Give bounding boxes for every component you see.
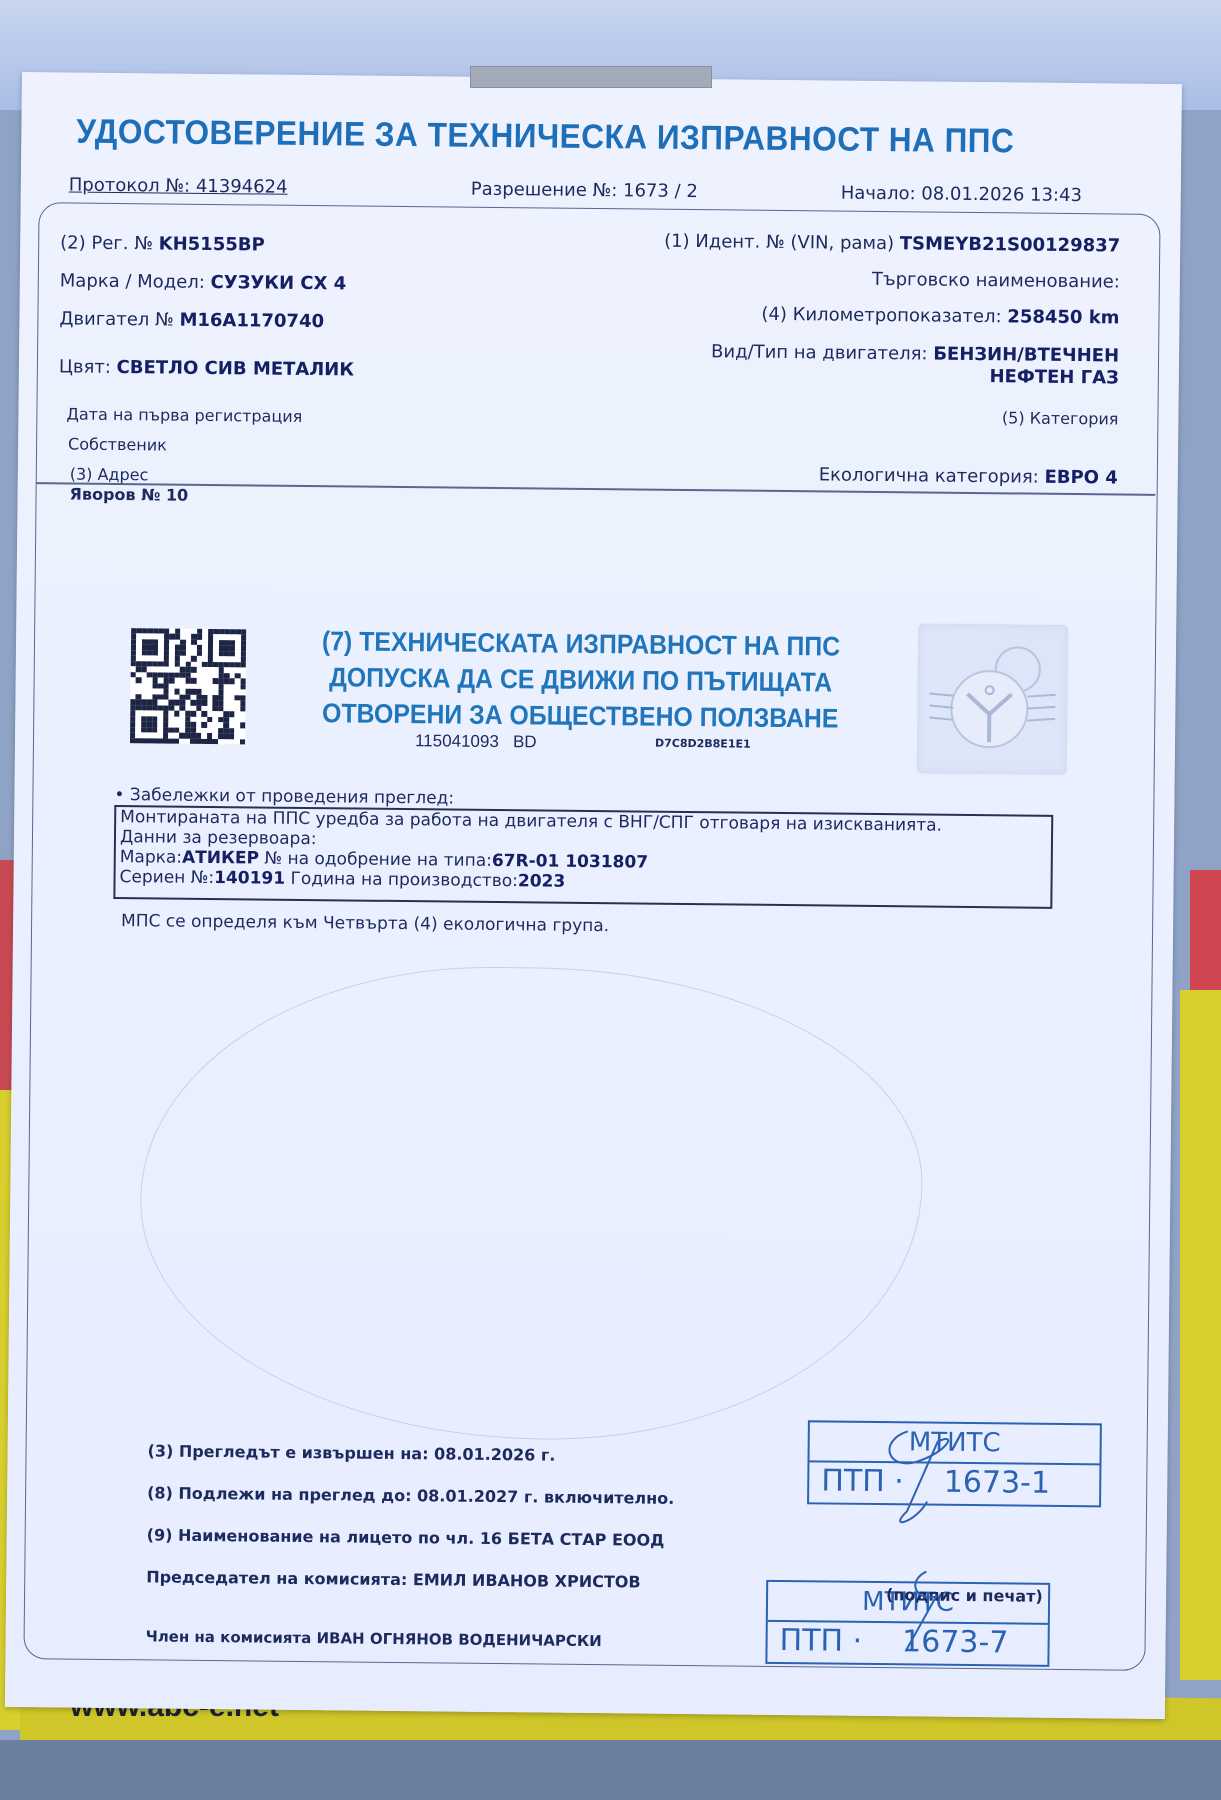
engine-type-label: Вид/Тип на двигателя:: [711, 341, 933, 364]
first-registration-field: Дата на първа регистрация: [66, 404, 302, 425]
engine-number-label: Двигател №: [59, 308, 179, 330]
signature-icon: [865, 1401, 988, 1662]
roadworthiness-statement: (7) ТЕХНИЧЕСКАТА ИЗПРАВНОСТ НА ППС ДОПУС…: [281, 623, 880, 737]
engine-number-field: Двигател № M16A1170740: [59, 308, 324, 332]
tank-serial-label: Сериен №:: [119, 867, 214, 888]
address-label: (3) Адрес: [70, 465, 149, 485]
reg-number-value: KH5155BP: [159, 233, 265, 255]
background-floor: [0, 1740, 1221, 1800]
background-board-yellow-right: [1180, 990, 1221, 1680]
certificate-hash: D7C8D2B8E1E1: [655, 737, 751, 751]
engine-type-value: БЕНЗИН/ВТЕЧНЕН: [933, 344, 1119, 367]
owner-field: Собственик: [68, 435, 167, 455]
address-value: Яворов № 10: [69, 485, 188, 505]
start-datetime: Начало: 08.01.2026 13:43: [841, 183, 1082, 207]
color-value: СВЕТЛО СИВ МЕТАЛИК: [116, 357, 354, 380]
statement-line-3: ОТВОРЕНИ ЗА ОБЩЕСТВЕНО ПОЛЗВАНЕ: [281, 695, 879, 737]
statement-line-2: ДОПУСКА ДА СЕ ДВИЖИ ПО ПЪТИЩАТА: [281, 659, 879, 701]
eco-category-value: ЕВРО 4: [1044, 467, 1118, 489]
make-model-value: СУЗУКИ СХ 4: [210, 272, 346, 294]
engine-number-value: M16A1170740: [179, 310, 324, 333]
make-model-field: Марка / Модел: СУЗУКИ СХ 4: [60, 270, 347, 294]
eco-category-field: Екологична категория: ЕВРО 4: [819, 464, 1118, 488]
stamp-2-prefix: ПТП ·: [779, 1623, 862, 1659]
tank-year-label: Година на производство:: [285, 869, 518, 891]
tank-brand-value: АТИКЕР: [182, 848, 259, 869]
background-board-red-right: [1190, 870, 1221, 990]
statement-line-1: (7) ТЕХНИЧЕСКАТА ИЗПРАВНОСТ НА ППС: [282, 623, 880, 665]
color-field: Цвят: СВЕТЛО СИВ МЕТАЛИК: [59, 356, 354, 380]
tape-strip: [470, 66, 712, 88]
trade-name-field: Търговско наименование:: [872, 269, 1120, 293]
document-title: УДОСТОВЕРЕНИЕ ЗА ТЕХНИЧЕСКА ИЗПРАВНОСТ Н…: [76, 113, 1014, 162]
tank-year-value: 2023: [518, 871, 566, 891]
vin-label: (1) Идент. № (VIN, рама): [664, 231, 900, 254]
color-label: Цвят:: [59, 356, 117, 378]
odometer-label: (4) Километропоказател:: [761, 304, 1007, 328]
engine-type-field: Вид/Тип на двигателя: БЕНЗИН/ВТЕЧНЕН: [711, 341, 1119, 366]
odometer-value: 258450 km: [1007, 306, 1119, 328]
category-field: (5) Категория: [1002, 408, 1119, 428]
protocol-number: Протокол №: 41394624: [69, 174, 288, 197]
tank-serial-value: 140191: [214, 868, 285, 889]
engine-type-value-line2: НЕФТЕН ГАЗ: [989, 366, 1119, 388]
tank-brand-label: Марка:: [120, 847, 183, 868]
remarks-box: Монтираната на ППС уредба за работа на д…: [113, 805, 1053, 909]
permit-number: Разрешение №: 1673 / 2: [471, 179, 698, 202]
qr-code: [130, 628, 246, 744]
certificate-serial: 115041093 BD: [415, 731, 537, 752]
vin-value: TSMEYB21S00129837: [900, 233, 1121, 256]
eco-category-label: Екологична категория:: [819, 464, 1045, 487]
approval-label: № на одобрение на типа:: [259, 849, 492, 871]
reg-number-field: (2) Рег. № KH5155BP: [60, 232, 265, 255]
make-model-label: Марка / Модел:: [60, 270, 211, 293]
certificate-paper: УДОСТОВЕРЕНИЕ ЗА ТЕХНИЧЕСКА ИЗПРАВНОСТ Н…: [5, 72, 1182, 1719]
approval-value: 67R-01 1031807: [492, 851, 648, 873]
hologram-seal-icon: [915, 621, 1071, 777]
reg-number-label: (2) Рег. №: [60, 232, 159, 254]
engine-type-field-line2: НЕФТЕН ГАЗ: [989, 366, 1119, 388]
odometer-field: (4) Километропоказател: 258450 km: [761, 304, 1119, 329]
